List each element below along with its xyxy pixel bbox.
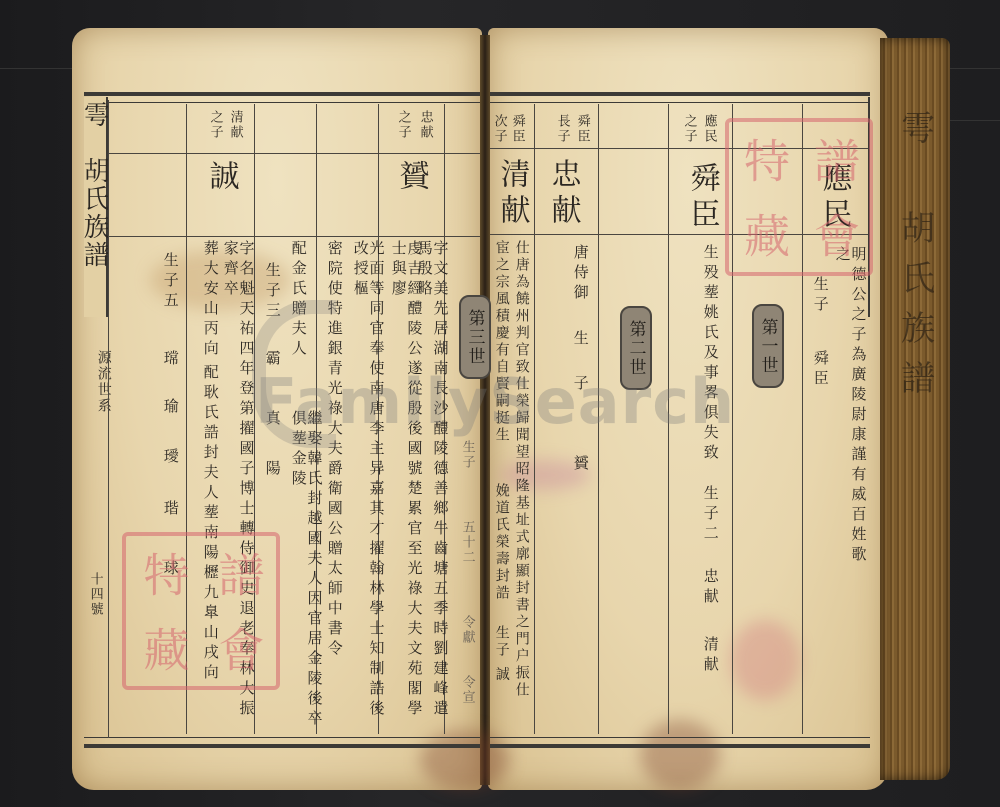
person-name-zhongxian: 忠献: [547, 158, 579, 230]
biography-text: 虔吉經醴陵公遂從殷後國號楚累官至光祿大夫文苑閣學士與廖: [390, 240, 422, 735]
son-name: 舜臣: [812, 350, 828, 390]
edge-title: 雩𣿖胡氏族譜: [890, 110, 940, 410]
son-name: 陽: [264, 460, 280, 480]
faint-note: 五十二: [460, 520, 474, 565]
watermark: FamilySearch: [255, 365, 735, 438]
children-text: 生子 誠: [494, 625, 509, 683]
generation-badge-text: 第三世: [463, 309, 488, 366]
seal-char: 會: [216, 626, 262, 672]
son-name: 瑜: [162, 398, 178, 418]
parent-relation: 之子: [396, 110, 410, 140]
burial-text: 葬大安山丙向: [202, 240, 218, 360]
book-title: 雩𣿖胡氏族譜: [80, 101, 107, 269]
parent-name: 應民: [702, 114, 716, 144]
parent-relation: 之子: [682, 114, 696, 144]
faint-note: 令獻: [460, 615, 474, 645]
seal-char: 會: [811, 212, 857, 258]
biography-text: 仕唐為饒州判官致仕榮歸聞望昭隆基址式廓顯封書之門户振仕: [514, 240, 529, 740]
person-name-qingxian: 清献: [496, 158, 528, 230]
seal-char: 藏: [141, 626, 187, 672]
parent-relation: 之子: [208, 110, 222, 140]
edge-title-text: 雩𣿖胡氏族譜: [891, 110, 940, 410]
person-name-shunchen: 舜臣: [686, 162, 718, 234]
son-name: 瑺: [162, 350, 178, 370]
children-count: 生子二: [702, 485, 718, 545]
parent-name: 清献: [228, 110, 242, 140]
son-name: 璦: [162, 448, 178, 468]
collector-seal: 特 譜 藏 會: [122, 532, 280, 690]
children-count: 生子五: [162, 252, 178, 312]
seal-char: 特: [141, 551, 187, 597]
left-side-title-panel: 雩𣿖胡氏族譜: [84, 97, 108, 317]
grid-line: [108, 236, 480, 237]
page-number: 十四號: [88, 572, 102, 617]
generation-badge-1: 第一世: [752, 304, 784, 388]
parent-name: 忠献: [418, 110, 432, 140]
seal-char: 譜: [216, 551, 262, 597]
son-name: 清献: [702, 636, 718, 676]
biography-text: 明德公之子為廣陵尉康謹有威百姓歌之: [834, 246, 866, 576]
grid-line: [108, 153, 480, 154]
person-name-cheng: 誠: [205, 160, 237, 196]
parent-name: 舜臣: [510, 114, 524, 144]
seal-char: 特: [741, 137, 787, 183]
children-text: 生子: [812, 276, 828, 316]
faint-note: 令宣: [460, 675, 474, 705]
parent-name: 舜臣: [575, 114, 589, 144]
son-name: 瑎: [162, 500, 178, 520]
parent-relation: 次子: [492, 114, 506, 144]
generation-badge-text: 第一世: [756, 318, 781, 375]
collector-seal: 特 譜 藏 會: [725, 118, 873, 276]
spouse-text: 繼娶韓氏封越國夫人因官居金陵後卒俱塟金陵: [290, 410, 322, 740]
official-title: 唐侍御: [572, 244, 588, 304]
biography-text: 光面等同官奉使南唐李主异嘉其才擢翰林學士知制誥後改授樞: [352, 240, 384, 735]
grid-line: [108, 100, 109, 738]
parent-relation: 長子: [555, 114, 569, 144]
person-name-yun: 贇: [395, 160, 427, 196]
seal-char: 藏: [741, 212, 787, 258]
seal-char: 譜: [811, 137, 857, 183]
faint-note: 生子: [460, 440, 474, 470]
spouse-text: 娩道氏榮壽封誥: [494, 483, 509, 602]
son-name: 忠献: [702, 568, 718, 608]
